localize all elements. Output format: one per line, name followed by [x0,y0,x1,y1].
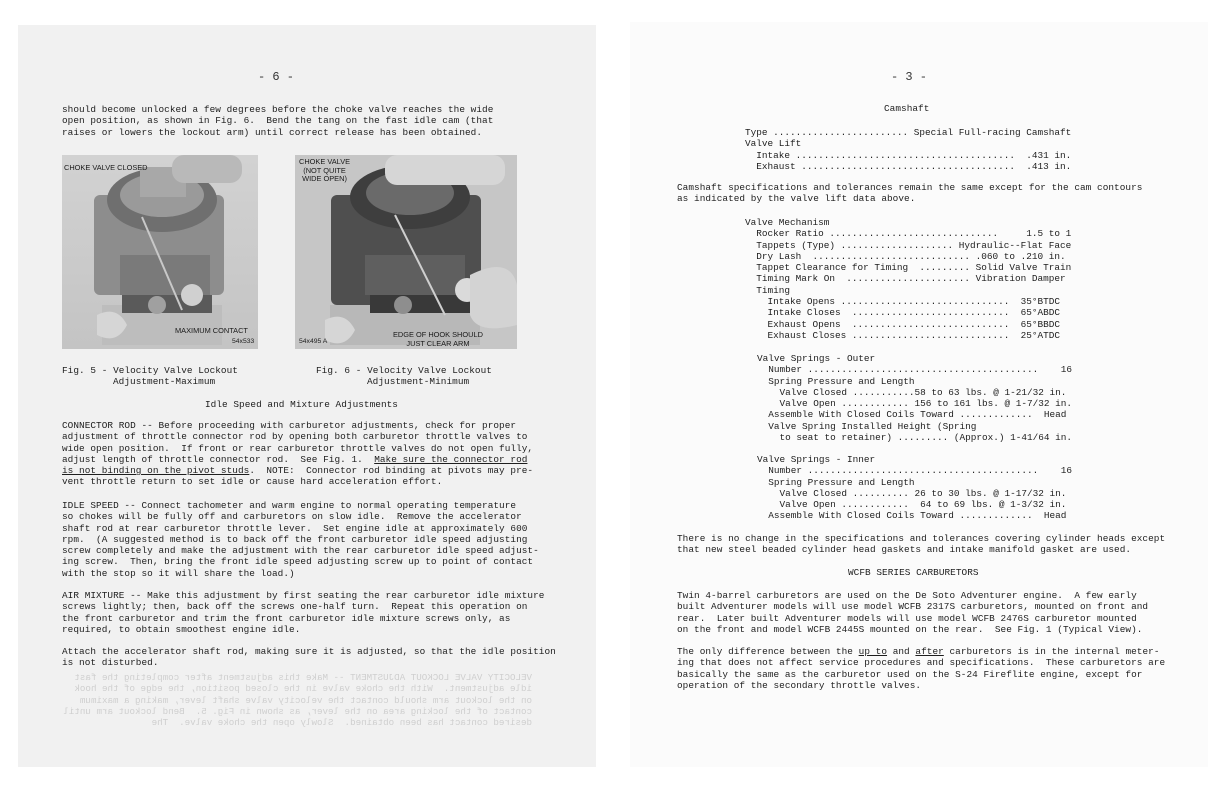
photo-code: 54x533 [232,338,254,345]
intro-paragraph: should become unlocked a few degrees bef… [62,104,493,138]
camshaft-note: Camshaft specifications and tolerances r… [677,182,1142,205]
fig5-photo: CHOKE VALVE CLOSED MAXIMUM CONTACT 54x53… [62,155,258,349]
difference-paragraph: The only difference between the up to an… [677,646,1165,691]
attach-paragraph: Attach the accelerator shaft rod, making… [62,646,556,669]
section-heading-idle-speed: Idle Speed and Mixture Adjustments [205,399,398,410]
carburetor-image [62,155,258,349]
right-page-number: - 3 - [891,70,927,84]
valve-springs-outer-specs: Valve Springs - Outer Number ...........… [757,353,1072,443]
camshaft-specs: Type ........................ Special Fu… [745,127,1071,172]
cylinder-heads-note: There is no change in the specifications… [677,533,1165,556]
camshaft-heading: Camshaft [884,103,929,114]
carburetor-image [295,155,517,349]
callout-maximum-contact: MAXIMUM CONTACT [175,327,248,336]
air-mixture-paragraph: AIR MIXTURE -- Make this adjustment by f… [62,590,544,635]
idle-speed-paragraph: IDLE SPEED -- Connect tachometer and war… [62,500,539,579]
valve-mechanism-specs: Valve Mechanism Rocker Ratio ...........… [745,217,1071,341]
connector-rod-paragraph: CONNECTOR ROD -- Before proceeding with … [62,420,533,488]
bleed-through-text: VELOCITY VALVE LOCKOUT ADJUSTMENT -- Mak… [63,672,532,728]
fig6-photo: CHOKE VALVE (NOT QUITE WIDE OPEN) EDGE O… [295,155,517,349]
wcfb-heading: WCFB SERIES CARBURETORS [848,567,979,578]
left-page-number: - 6 - [258,70,294,84]
fig6-caption: Fig. 6 - Velocity Valve Lockout Adjustme… [316,365,492,388]
wcfb-paragraph: Twin 4-barrel carburetors are used on th… [677,590,1148,635]
fig5-caption: Fig. 5 - Velocity Valve Lockout Adjustme… [62,365,238,388]
photo-code: 54x495 A [299,338,327,345]
callout-choke-valve-not-quite-wide-open: CHOKE VALVE (NOT QUITE WIDE OPEN) [299,158,350,184]
callout-edge-of-hook: EDGE OF HOOK SHOULD JUST CLEAR ARM [393,331,483,348]
valve-springs-inner-specs: Valve Springs - Inner Number ...........… [757,454,1072,522]
callout-choke-valve-closed: CHOKE VALVE CLOSED [64,164,148,173]
